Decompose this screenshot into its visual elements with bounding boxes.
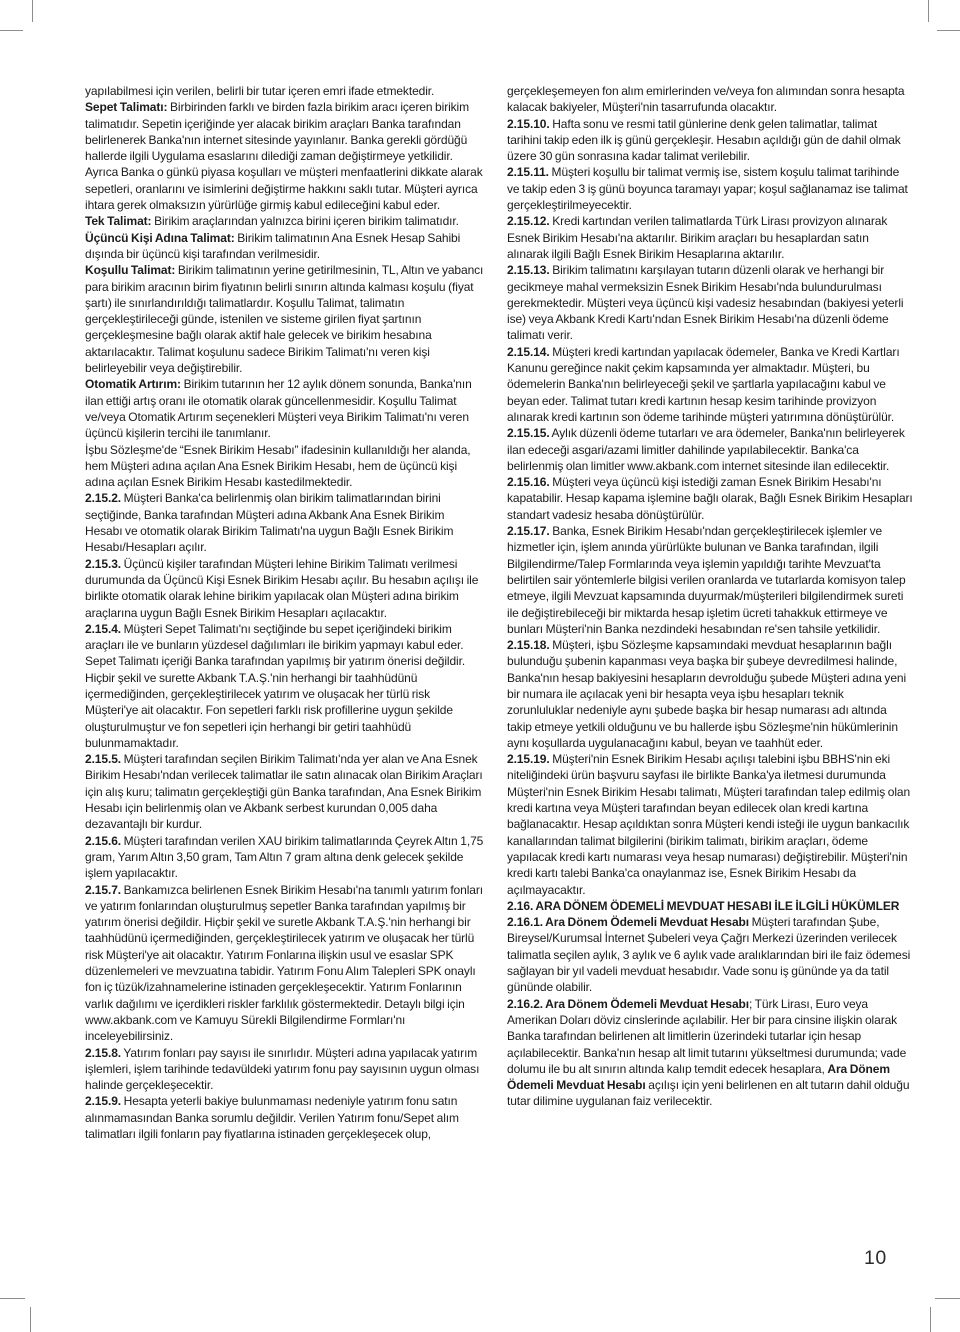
page-number: 10	[864, 1247, 887, 1270]
crop-mark-top-right-vertical	[928, 0, 929, 22]
paragraph: Üçüncü Kişi Adına Talimat: Birikim talim…	[85, 230, 484, 263]
paragraph: 2.15.7. Bankamızca belirlenen Esnek Biri…	[85, 882, 484, 1045]
paragraph: 2.15.3. Üçüncü kişiler tarafından Müşter…	[85, 556, 484, 621]
paragraph: 2.15.4. Müşteri Sepet Talimatı'nı seçtiğ…	[85, 621, 484, 751]
paragraph: 2.15.12. Kredi kartından verilen talimat…	[507, 213, 913, 262]
crop-mark-top-left-horizontal	[0, 30, 23, 31]
paragraph: gerçekleşemeyen fon alım emirlerinden ve…	[507, 83, 913, 116]
right-column: gerçekleşemeyen fon alım emirlerinden ve…	[507, 83, 913, 1142]
document-body: yapılabilmesi için verilen, belirli bir …	[85, 83, 913, 1142]
paragraph: 2.15.19. Müşteri'nin Esnek Birikim Hesab…	[507, 751, 913, 898]
crop-mark-top-left-vertical	[32, 0, 33, 22]
paragraph: 2.15.2. Müşteri Banka'ca belirlenmiş ola…	[85, 490, 484, 555]
paragraph: Otomatik Artırım: Birikim tutarının her …	[85, 376, 484, 441]
paragraph: 2.16. ARA DÖNEM ÖDEMELİ MEVDUAT HESABI İ…	[507, 898, 913, 914]
paragraph: 2.15.16. Müşteri veya üçüncü kişi istedi…	[507, 474, 913, 523]
crop-mark-top-right-horizontal	[937, 30, 960, 31]
paragraph: 2.15.17. Banka, Esnek Birikim Hesabı'nda…	[507, 523, 913, 637]
left-column: yapılabilmesi için verilen, belirli bir …	[85, 83, 484, 1142]
crop-mark-bottom-left-horizontal	[0, 1298, 25, 1299]
paragraph: 2.15.9. Hesapta yeterli bakiye bulunmama…	[85, 1093, 484, 1142]
paragraph: 2.15.14. Müşteri kredi kartından yapılac…	[507, 344, 913, 425]
crop-mark-bottom-left-vertical	[30, 1307, 31, 1332]
paragraph: 2.16.1. Ara Dönem Ödemeli Mevduat Hesabı…	[507, 914, 913, 995]
paragraph: Tek Talimat: Birikim araçlarından yalnız…	[85, 213, 484, 229]
contract-page: yapılabilmesi için verilen, belirli bir …	[0, 0, 960, 1332]
paragraph: 2.15.11. Müşteri koşullu bir talimat ver…	[507, 164, 913, 213]
paragraph: 2.15.10. Hafta sonu ve resmi tatil günle…	[507, 116, 913, 165]
paragraph: 2.15.18. Müşteri, işbu Sözleşme kapsamın…	[507, 637, 913, 751]
paragraph: 2.15.13. Birikim talimatını karşılayan t…	[507, 262, 913, 343]
crop-mark-bottom-right-vertical	[930, 1307, 931, 1332]
paragraph: yapılabilmesi için verilen, belirli bir …	[85, 83, 484, 99]
paragraph: 2.15.6. Müşteri tarafından verilen XAU b…	[85, 833, 484, 882]
paragraph: İşbu Sözleşme'de “Esnek Birikim Hesabı” …	[85, 442, 484, 491]
paragraph: Koşullu Talimat: Birikim talimatının yer…	[85, 262, 484, 376]
paragraph: 2.16.2. Ara Dönem Ödemeli Mevduat Hesabı…	[507, 996, 913, 1110]
paragraph: Sepet Talimatı: Birbirinden farklı ve bi…	[85, 99, 484, 213]
paragraph: 2.15.15. Aylık düzenli ödeme tutarları v…	[507, 425, 913, 474]
crop-mark-bottom-right-horizontal	[935, 1298, 960, 1299]
paragraph: 2.15.5. Müşteri tarafından seçilen Birik…	[85, 751, 484, 832]
paragraph: 2.15.8. Yatırım fonları pay sayısı ile s…	[85, 1045, 484, 1094]
